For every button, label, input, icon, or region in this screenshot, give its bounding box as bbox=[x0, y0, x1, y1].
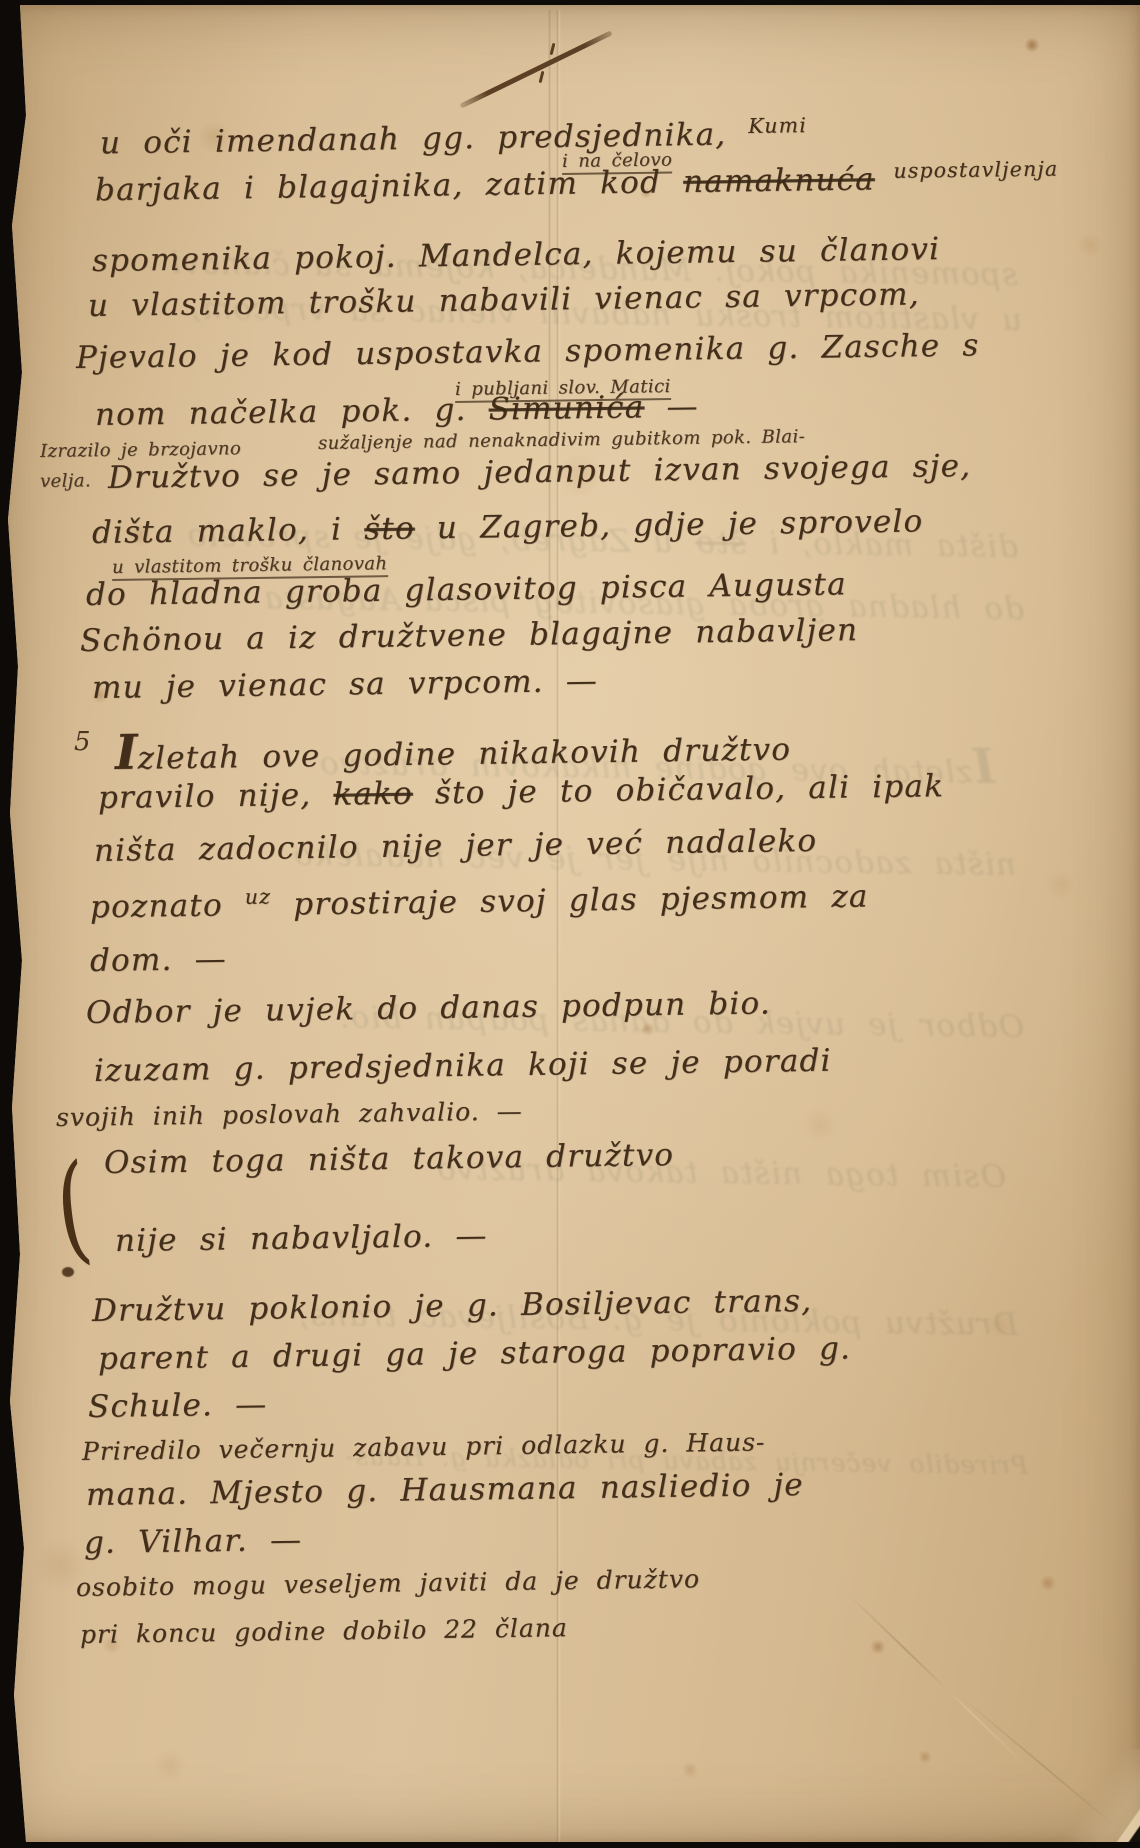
handwritten-text-segment: barjaka i blagajnika, zatim kod bbox=[95, 164, 684, 208]
handwritten-text-segment: izuzam g. predsjednika koji se je poradi bbox=[94, 1043, 832, 1089]
handwritten-text-segment: uz bbox=[245, 884, 272, 908]
handwritten-text-segment: Pjevalo je kod uspostavka spomenika g. Z… bbox=[76, 327, 980, 376]
handwritten-text-segment: svojih inih poslovah zahvalio. — bbox=[56, 1096, 523, 1132]
handwritten-line: spomenika pokoj. Mandelca, kojemu su čla… bbox=[92, 231, 941, 279]
handwritten-text-segment: mana. Mjesto g. Hausmana nasliedio je bbox=[86, 1467, 804, 1513]
handwritten-text-segment: pri koncu godine dobilo 22 člana bbox=[80, 1613, 568, 1649]
handwritten-text-segment: Osim toga ništa takova družtvo bbox=[104, 1137, 675, 1181]
handwritten-line: Schönou a iz družtvene blagajne nabavlje… bbox=[80, 612, 859, 659]
handwritten-line: u oči imendanah gg. predsjednika, Kumi bbox=[100, 113, 808, 161]
handwritten-text-segment: osobito mogu veseljem javiti da je družt… bbox=[76, 1564, 700, 1602]
handwritten-line: barjaka i blagajnika, zatim kod namaknuć… bbox=[95, 157, 1059, 209]
handwritten-text-segment: Priredilo večernju zabavu pri odlazku g.… bbox=[82, 1427, 766, 1466]
manuscript-text: u oči imendanah gg. predsjednika, Kumii … bbox=[0, 5, 1140, 1842]
handwritten-line: dišta maklo, i što u Zagreb, gdje je spr… bbox=[92, 503, 924, 551]
handwritten-line: Pjevalo je kod uspostavka spomenika g. Z… bbox=[76, 327, 980, 376]
handwritten-line: mu je vienac sa vrpcom. — bbox=[92, 663, 598, 706]
handwritten-text-segment: Schönou a iz družtvene blagajne nabavlje… bbox=[80, 612, 859, 659]
handwritten-text-segment: I bbox=[115, 725, 138, 781]
handwritten-text-segment: u vlastitom trošku nabavili vienac sa vr… bbox=[88, 276, 920, 324]
scanned-manuscript-page: { "document": { "kind": "handwritten man… bbox=[0, 0, 1140, 1848]
handwritten-line: Odbor je uvjek do danas podpun bio. bbox=[86, 985, 771, 1031]
handwritten-line: i publjani slov. Matici bbox=[455, 376, 671, 400]
handwritten-text-segment: Odbor je uvjek do danas podpun bio. bbox=[86, 985, 771, 1031]
handwritten-text-segment: sužaljenje nad nenaknadivim gubitkom pok… bbox=[318, 426, 805, 454]
handwritten-text-segment: velja. bbox=[40, 470, 91, 492]
handwritten-text-segment: zletah ove godine nikakovih družtvo bbox=[137, 732, 791, 777]
handwritten-line: u vlastitom trošku nabavili vienac sa vr… bbox=[88, 276, 920, 324]
handwritten-text-segment: dom. — bbox=[90, 941, 227, 979]
handwritten-text-segment: pravilo nije, bbox=[98, 777, 334, 816]
handwritten-text-segment: g. Vilhar. — bbox=[84, 1522, 303, 1561]
handwritten-line: Priredilo večernju zabavu pri odlazku g.… bbox=[82, 1427, 766, 1466]
handwritten-text-segment: dišta maklo, i bbox=[92, 511, 365, 551]
handwritten-line: dom. — bbox=[90, 941, 227, 979]
handwritten-text-segment: spomenika pokoj. Mandelca, kojemu su čla… bbox=[92, 231, 941, 279]
handwritten-line: g. Vilhar. — bbox=[84, 1522, 303, 1561]
handwritten-line: parent a drugi ga je staroga popravio g. bbox=[98, 1330, 852, 1377]
handwritten-text-segment: prostiraje svoj glas pjesmom za bbox=[271, 878, 869, 922]
handwritten-line: poznato uz prostiraje svoj glas pjesmom … bbox=[90, 876, 869, 925]
handwritten-line: svojih inih poslovah zahvalio. — bbox=[56, 1096, 523, 1132]
handwritten-text-segment: parent a drugi ga je staroga popravio g. bbox=[98, 1330, 852, 1377]
handwritten-text-segment: Kumi bbox=[748, 113, 807, 138]
handwritten-text-segment: i publjani slov. Matici bbox=[455, 376, 671, 403]
handwritten-line: Družtvu poklonio je g. Bosiljevac trans, bbox=[92, 1283, 813, 1329]
handwritten-text-segment: Družtvu poklonio je g. Bosiljevac trans, bbox=[92, 1283, 813, 1329]
handwritten-text-segment: namaknuća bbox=[683, 161, 875, 200]
handwritten-line: mana. Mjesto g. Hausmana nasliedio je bbox=[86, 1467, 804, 1513]
margin-number-mark: 5 bbox=[74, 727, 91, 757]
handwritten-text-segment: kako bbox=[333, 776, 413, 813]
handwritten-text-segment: nije si nabavljalo. — bbox=[115, 1218, 488, 1259]
handwritten-text-segment: ništa zadocnilo nije jer je već nadaleko bbox=[94, 823, 818, 869]
handwritten-text-segment: poznato bbox=[90, 887, 245, 925]
handwritten-text-segment: što bbox=[364, 510, 415, 547]
handwritten-line: ništa zadocnilo nije jer je već nadaleko bbox=[94, 823, 818, 869]
handwritten-line: izuzam g. predsjednika koji se je poradi bbox=[94, 1043, 832, 1089]
handwritten-text-segment: u Zagreb, gdje je sprovelo bbox=[415, 503, 924, 546]
handwritten-line: nije si nabavljalo. — bbox=[115, 1218, 488, 1259]
handwritten-text-segment: nom načelka pok. g. bbox=[95, 392, 489, 433]
handwritten-text-segment: uspostavljenja bbox=[875, 157, 1059, 184]
handwritten-line: pri koncu godine dobilo 22 člana bbox=[80, 1613, 568, 1649]
paper-sheet: spomenika pokoj. Mandelca, kojemu su čla… bbox=[0, 5, 1140, 1842]
handwritten-line: osobito mogu veseljem javiti da je družt… bbox=[76, 1564, 700, 1602]
handwritten-line: Schule. — bbox=[88, 1386, 268, 1425]
handwritten-line: velja. bbox=[40, 470, 91, 492]
handwritten-text-segment: Schule. — bbox=[88, 1386, 268, 1425]
handwritten-line: sužaljenje nad nenaknadivim gubitkom pok… bbox=[318, 426, 805, 454]
handwritten-text-segment: mu je vienac sa vrpcom. — bbox=[92, 663, 598, 706]
handwritten-line: Osim toga ništa takova družtvo bbox=[104, 1137, 675, 1181]
handwritten-text-segment: što je to običavalo, ali ipak bbox=[413, 768, 945, 811]
